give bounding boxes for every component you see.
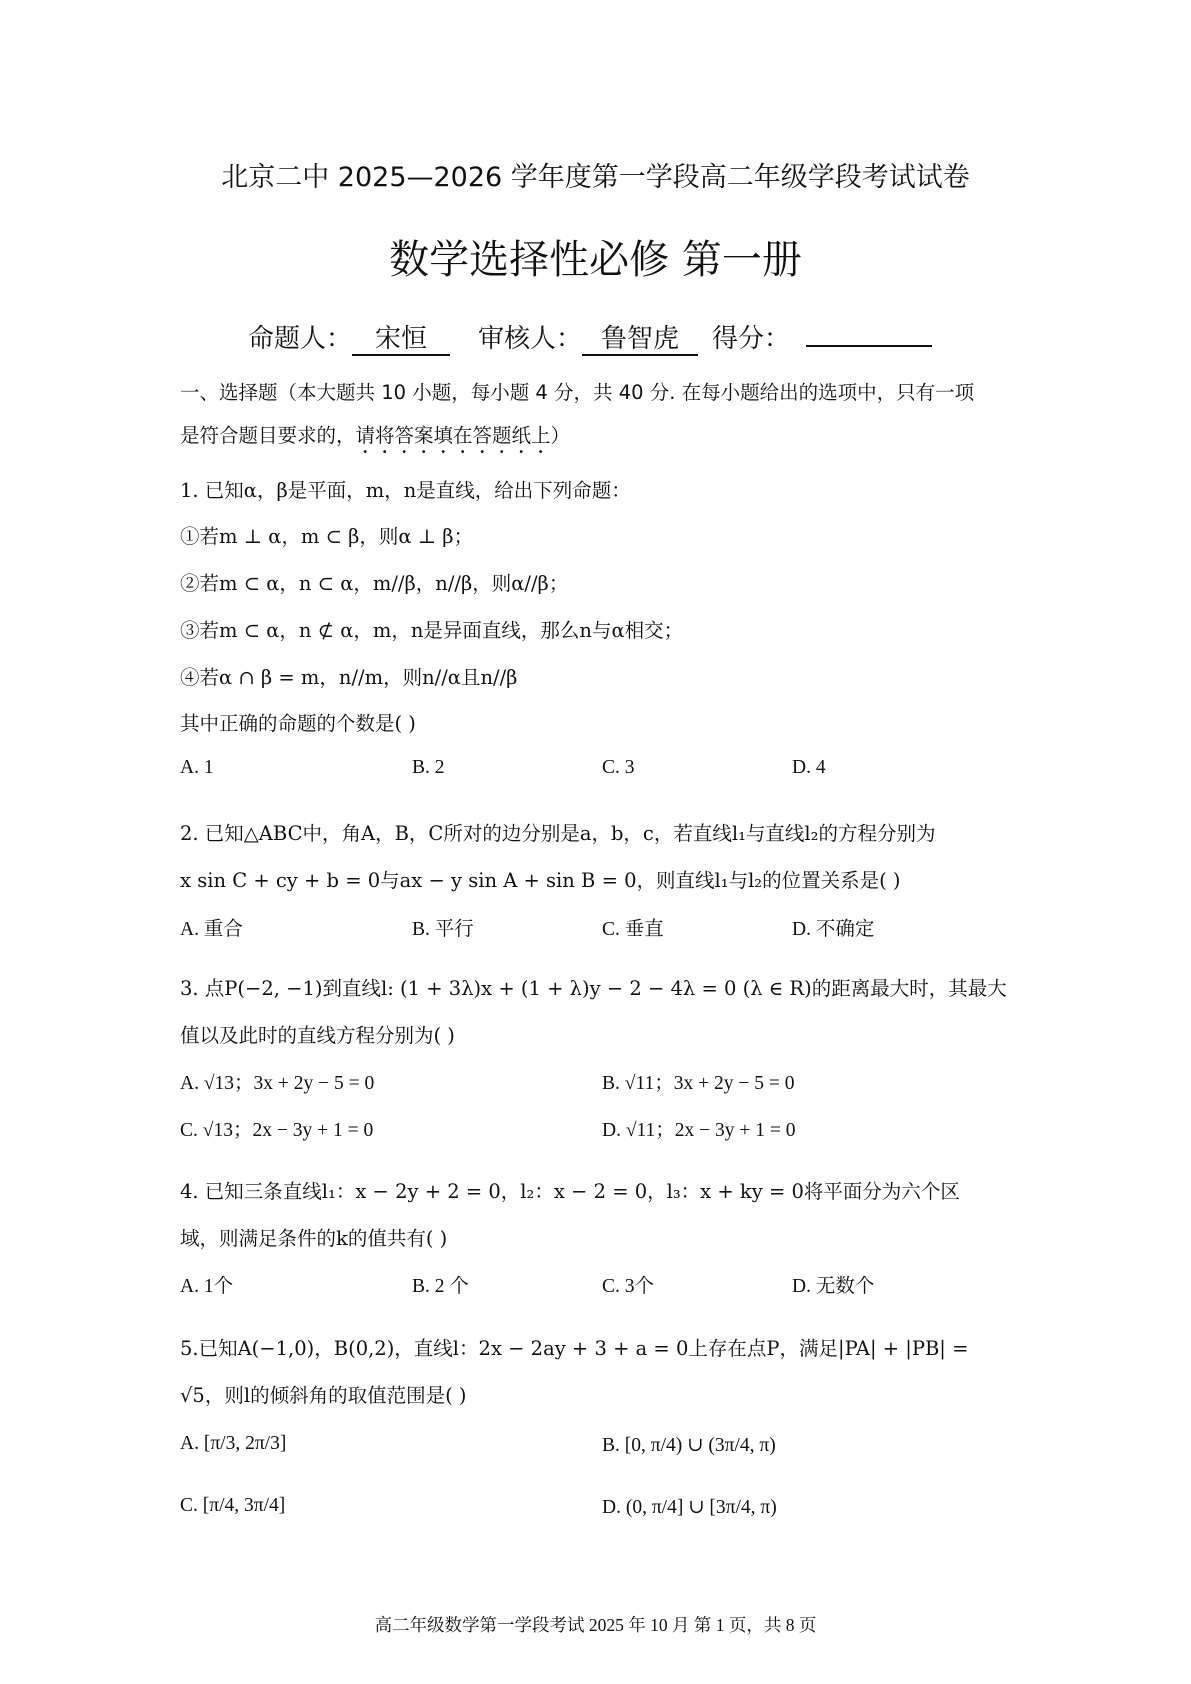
exam-title: 北京二中 2025—2026 学年度第一学段高二年级学段考试试卷 — [0, 155, 1191, 194]
question-4-stem-line1: 4. 已知三条直线l₁：x − 2y + 2 = 0，l₂：x − 2 = 0，… — [180, 1176, 960, 1204]
question-1-proposition-4: ④若α ∩ β = m，n//m，则n//α且n//β — [180, 662, 517, 690]
section-line2-suffix: ） — [551, 424, 571, 447]
question-2-option-c[interactable]: C. 垂直 — [602, 913, 664, 941]
question-5-option-c[interactable]: C. [π/4, 3π/4] — [180, 1495, 285, 1517]
question-1-option-c[interactable]: C. 3 — [602, 757, 635, 779]
section-heading-line2: 是符合题目要求的，请将答案填在答题纸上） — [180, 420, 570, 458]
score-label: 得分： — [712, 318, 790, 355]
question-1-option-a[interactable]: A. 1 — [180, 757, 214, 779]
question-1-option-b[interactable]: B. 2 — [412, 757, 445, 779]
question-3-option-a[interactable]: A. √13；3x + 2y − 5 = 0 — [180, 1067, 374, 1095]
section-emphasis: 请将答案填在答题纸上 — [356, 424, 551, 447]
question-1-proposition-3: ③若m ⊂ α，n ⊄ α，m，n是异面直线，那么n与α相交； — [180, 615, 683, 643]
question-3-option-d[interactable]: D. √11；2x − 3y + 1 = 0 — [602, 1114, 796, 1142]
question-1-proposition-2: ②若m ⊂ α，n ⊂ α，m//β，n//β，则α//β； — [180, 568, 568, 596]
question-1-option-d[interactable]: D. 4 — [792, 757, 826, 779]
question-5-option-d[interactable]: D. (0, π/4] ∪ [3π/4, π) — [602, 1495, 777, 1519]
question-1-proposition-1: ①若m ⊥ α，m ⊂ β，则α ⊥ β； — [180, 521, 473, 549]
question-3-stem-line1: 3. 点P(−2, −1)到直线l: (1 + 3λ)x + (1 + λ)y … — [180, 973, 1007, 1001]
question-3-option-b[interactable]: B. √11；3x + 2y − 5 = 0 — [602, 1067, 794, 1095]
author-line: 命题人： 宋恒 审核人： 鲁智虎 得分： — [248, 315, 932, 356]
reviewer-label: 审核人： — [478, 318, 582, 355]
question-3-option-c[interactable]: C. √13；2x − 3y + 1 = 0 — [180, 1114, 373, 1142]
question-5-stem-line2: √5，则l的倾斜角的取值范围是( ) — [180, 1380, 466, 1408]
question-1-stem: 1. 已知α，β是平面，m，n是直线，给出下列命题： — [180, 475, 631, 503]
question-5-option-b[interactable]: B. [0, π/4) ∪ (3π/4, π) — [602, 1433, 776, 1457]
question-2-option-d[interactable]: D. 不确定 — [792, 913, 874, 941]
question-5-stem-line1: 5.已知A(−1,0)，B(0,2)，直线l：2x − 2ay + 3 + a … — [180, 1333, 968, 1361]
question-4-option-b[interactable]: B. 2 个 — [412, 1270, 469, 1298]
question-4-option-c[interactable]: C. 3个 — [602, 1270, 654, 1298]
question-2-stem-line1: 2. 已知△ABC中，角A，B，C所对的边分别是a，b，c，若直线l₁与直线l₂… — [180, 818, 935, 846]
author-label: 命题人： — [248, 318, 352, 355]
question-2-option-b[interactable]: B. 平行 — [412, 913, 474, 941]
question-5-option-a[interactable]: A. [π/3, 2π/3] — [180, 1433, 286, 1455]
question-2-stem-line2: x sin C + cy + b = 0与ax − y sin A + sin … — [180, 865, 901, 893]
section-heading-line1: 一、选择题（本大题共 10 小题，每小题 4 分，共 40 分. 在每小题给出的… — [180, 377, 974, 405]
section-line2-prefix: 是符合题目要求的， — [180, 424, 356, 447]
page-footer: 高二年级数学第一学段考试 2025 年 10 月 第 1 页，共 8 页 — [0, 1612, 1191, 1637]
question-4-stem-line2: 域，则满足条件的k的值共有( ) — [180, 1223, 447, 1251]
score-field[interactable] — [806, 315, 932, 347]
author-name: 宋恒 — [352, 324, 450, 356]
subject-title: 数学选择性必修 第一册 — [0, 228, 1191, 285]
question-2-option-a[interactable]: A. 重合 — [180, 913, 243, 941]
question-1-prompt: 其中正确的命题的个数是( ) — [180, 708, 416, 736]
question-3-stem-line2: 值以及此时的直线方程分别为( ) — [180, 1020, 455, 1048]
reviewer-name: 鲁智虎 — [582, 324, 698, 356]
question-4-option-d[interactable]: D. 无数个 — [792, 1270, 874, 1298]
question-4-option-a[interactable]: A. 1个 — [180, 1270, 233, 1298]
